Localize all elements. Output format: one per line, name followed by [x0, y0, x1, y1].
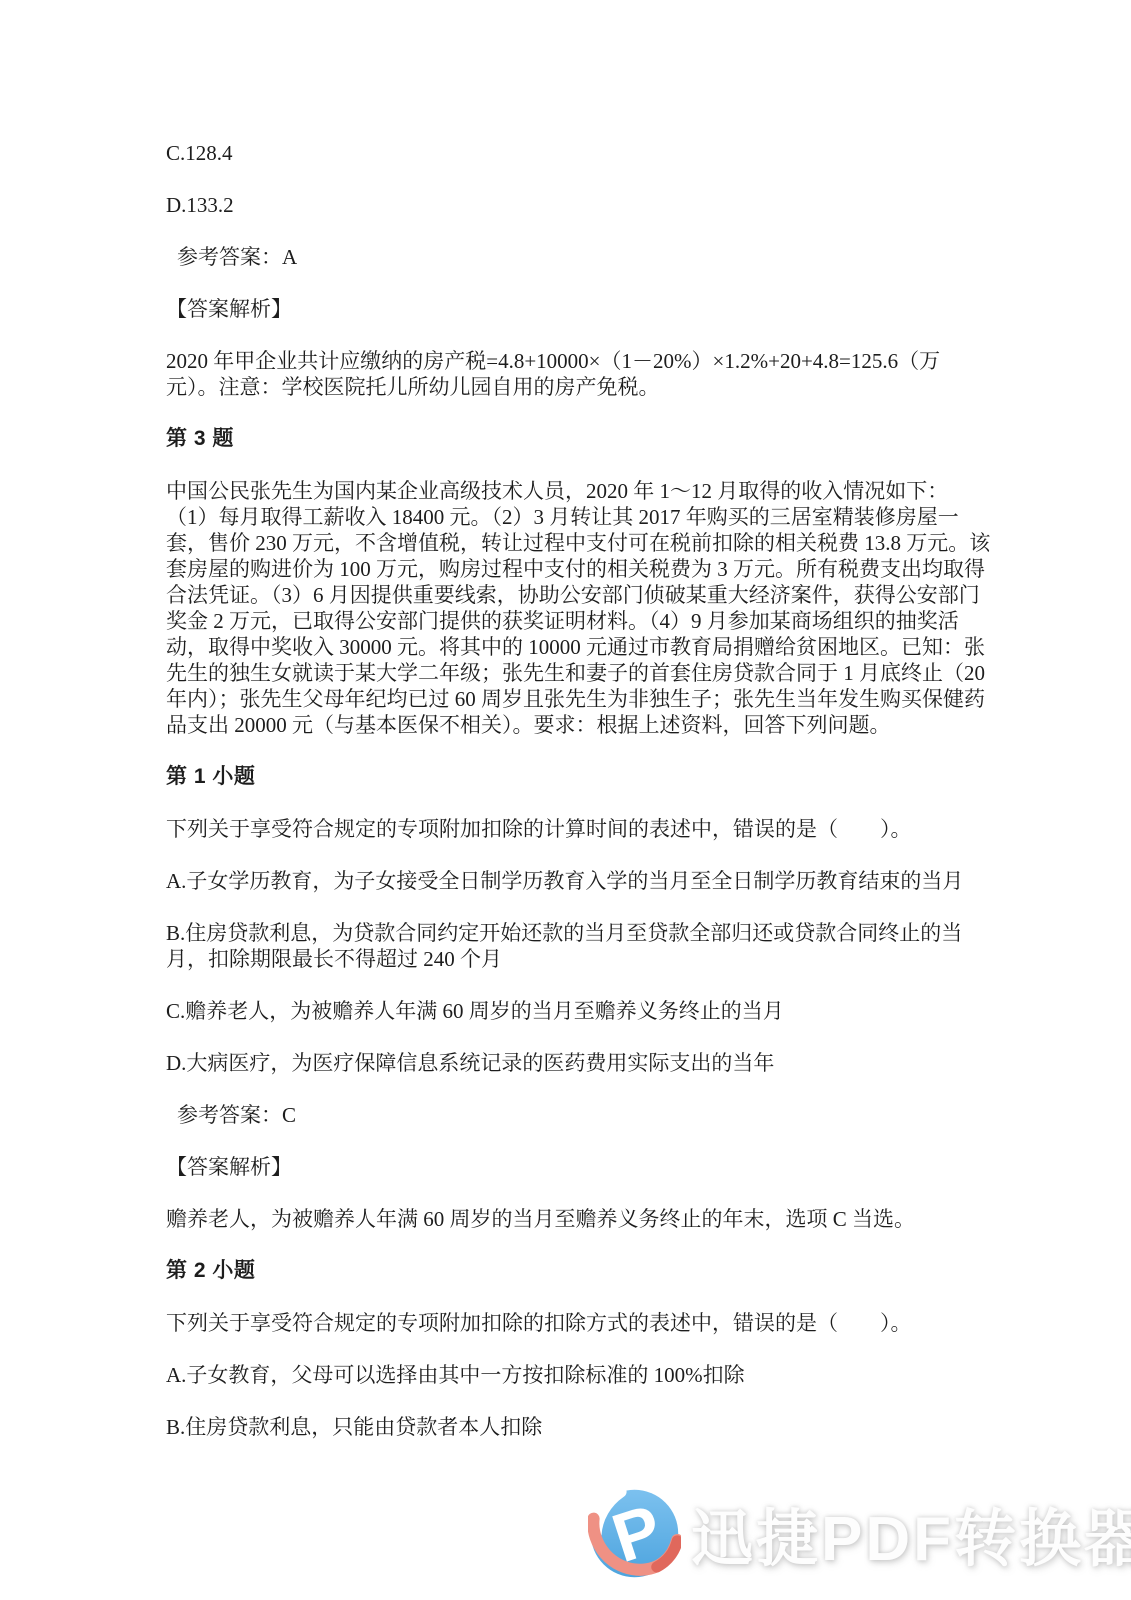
prev-answer: 参考答案：A [166, 244, 1008, 270]
prev-analysis-text: 2020 年甲企业共计应缴纳的房产税=4.8+10000×（1－20%）×1.2… [166, 348, 1008, 400]
sub1-option-c: C.赡养老人，为被赡养人年满 60 周岁的当月至赡养义务终止的当月 [166, 998, 1008, 1024]
pdf-converter-logo-icon: P [588, 1487, 681, 1580]
sub1-option-b: B.住房贷款利息，为贷款合同约定开始还款的当月至贷款全部归还或贷款合同终止的当 … [166, 920, 1008, 972]
watermark-text: 迅捷PDF转换器 [691, 1489, 1131, 1578]
sub1-option-d: D.大病医疗，为医疗保障信息系统记录的医药费用实际支出的当年 [166, 1050, 1008, 1076]
sub2-heading: 第 2 小题 [166, 1258, 1008, 1284]
document-content: C.128.4 D.133.2 参考答案：A 【答案解析】 2020 年甲企业共… [166, 114, 1008, 1466]
watermark: P 迅捷PDF转换器 [588, 1487, 1131, 1580]
sub2-question: 下列关于享受符合规定的专项附加扣除的扣除方式的表述中，错误的是（ ）。 [166, 1310, 1008, 1336]
sub1-analysis-heading: 【答案解析】 [166, 1154, 1008, 1180]
question3-heading: 第 3 题 [166, 426, 1008, 452]
sub1-analysis-text: 赡养老人，为被赡养人年满 60 周岁的当月至赡养义务终止的年末，选项 C 当选。 [166, 1206, 1008, 1232]
sub1-answer: 参考答案：C [166, 1102, 1008, 1128]
sub1-question: 下列关于享受符合规定的专项附加扣除的计算时间的表述中，错误的是（ ）。 [166, 816, 1008, 842]
question3-body: 中国公民张先生为国内某企业高级技术人员，2020 年 1～12 月取得的收入情况… [166, 478, 1008, 738]
prev-option-d: D.133.2 [166, 192, 1008, 218]
sub1-option-a: A.子女学历教育，为子女接受全日制学历教育入学的当月至全日制学历教育结束的当月 [166, 868, 1008, 894]
prev-option-c: C.128.4 [166, 140, 1008, 166]
sub2-option-a: A.子女教育，父母可以选择由其中一方按扣除标准的 100%扣除 [166, 1362, 1008, 1388]
sub2-option-b: B.住房贷款利息，只能由贷款者本人扣除 [166, 1414, 1008, 1440]
prev-analysis-heading: 【答案解析】 [166, 296, 1008, 322]
sub1-heading: 第 1 小题 [166, 764, 1008, 790]
